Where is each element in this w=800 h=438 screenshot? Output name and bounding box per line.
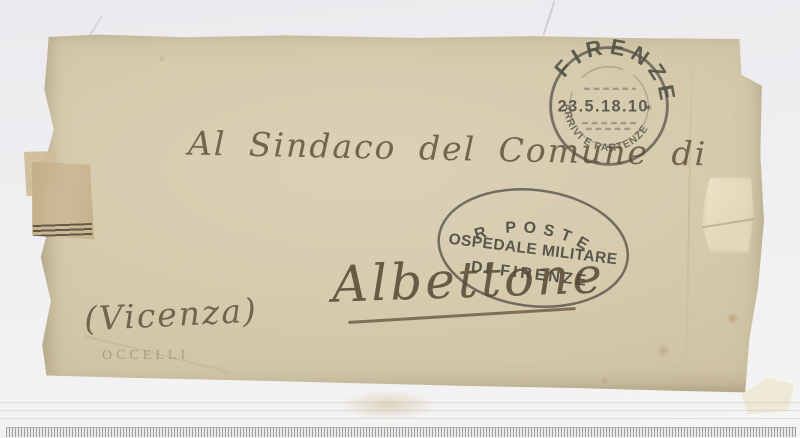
tape-piece-left: [30, 157, 95, 245]
foxing-spot: [726, 313, 739, 324]
ruler-edge-strip: [6, 427, 796, 437]
tape-piece-right: [700, 175, 756, 256]
postmark-date-text: 23.5.18.10: [558, 98, 649, 116]
foxing-spot: [158, 55, 166, 62]
background-crease: [542, 1, 555, 36]
printed-small-label: OCCELLI: [102, 348, 189, 364]
photo-scene: FIRENZE ARRIVI E PARTENZE 23.5.18.10 ✶ R…: [0, 0, 800, 438]
postmark-star-glyph: ✶: [643, 101, 653, 115]
foxing-spot: [656, 345, 671, 357]
tape-stripe-pattern: [33, 223, 92, 237]
handwritten-destination: Albettone: [331, 246, 606, 313]
background-surface-lines: [0, 402, 800, 426]
envelope: FIRENZE ARRIVI E PARTENZE 23.5.18.10 ✶ R…: [40, 31, 764, 396]
foxing-spot: [600, 377, 609, 385]
tape-fold-line: [698, 217, 760, 228]
